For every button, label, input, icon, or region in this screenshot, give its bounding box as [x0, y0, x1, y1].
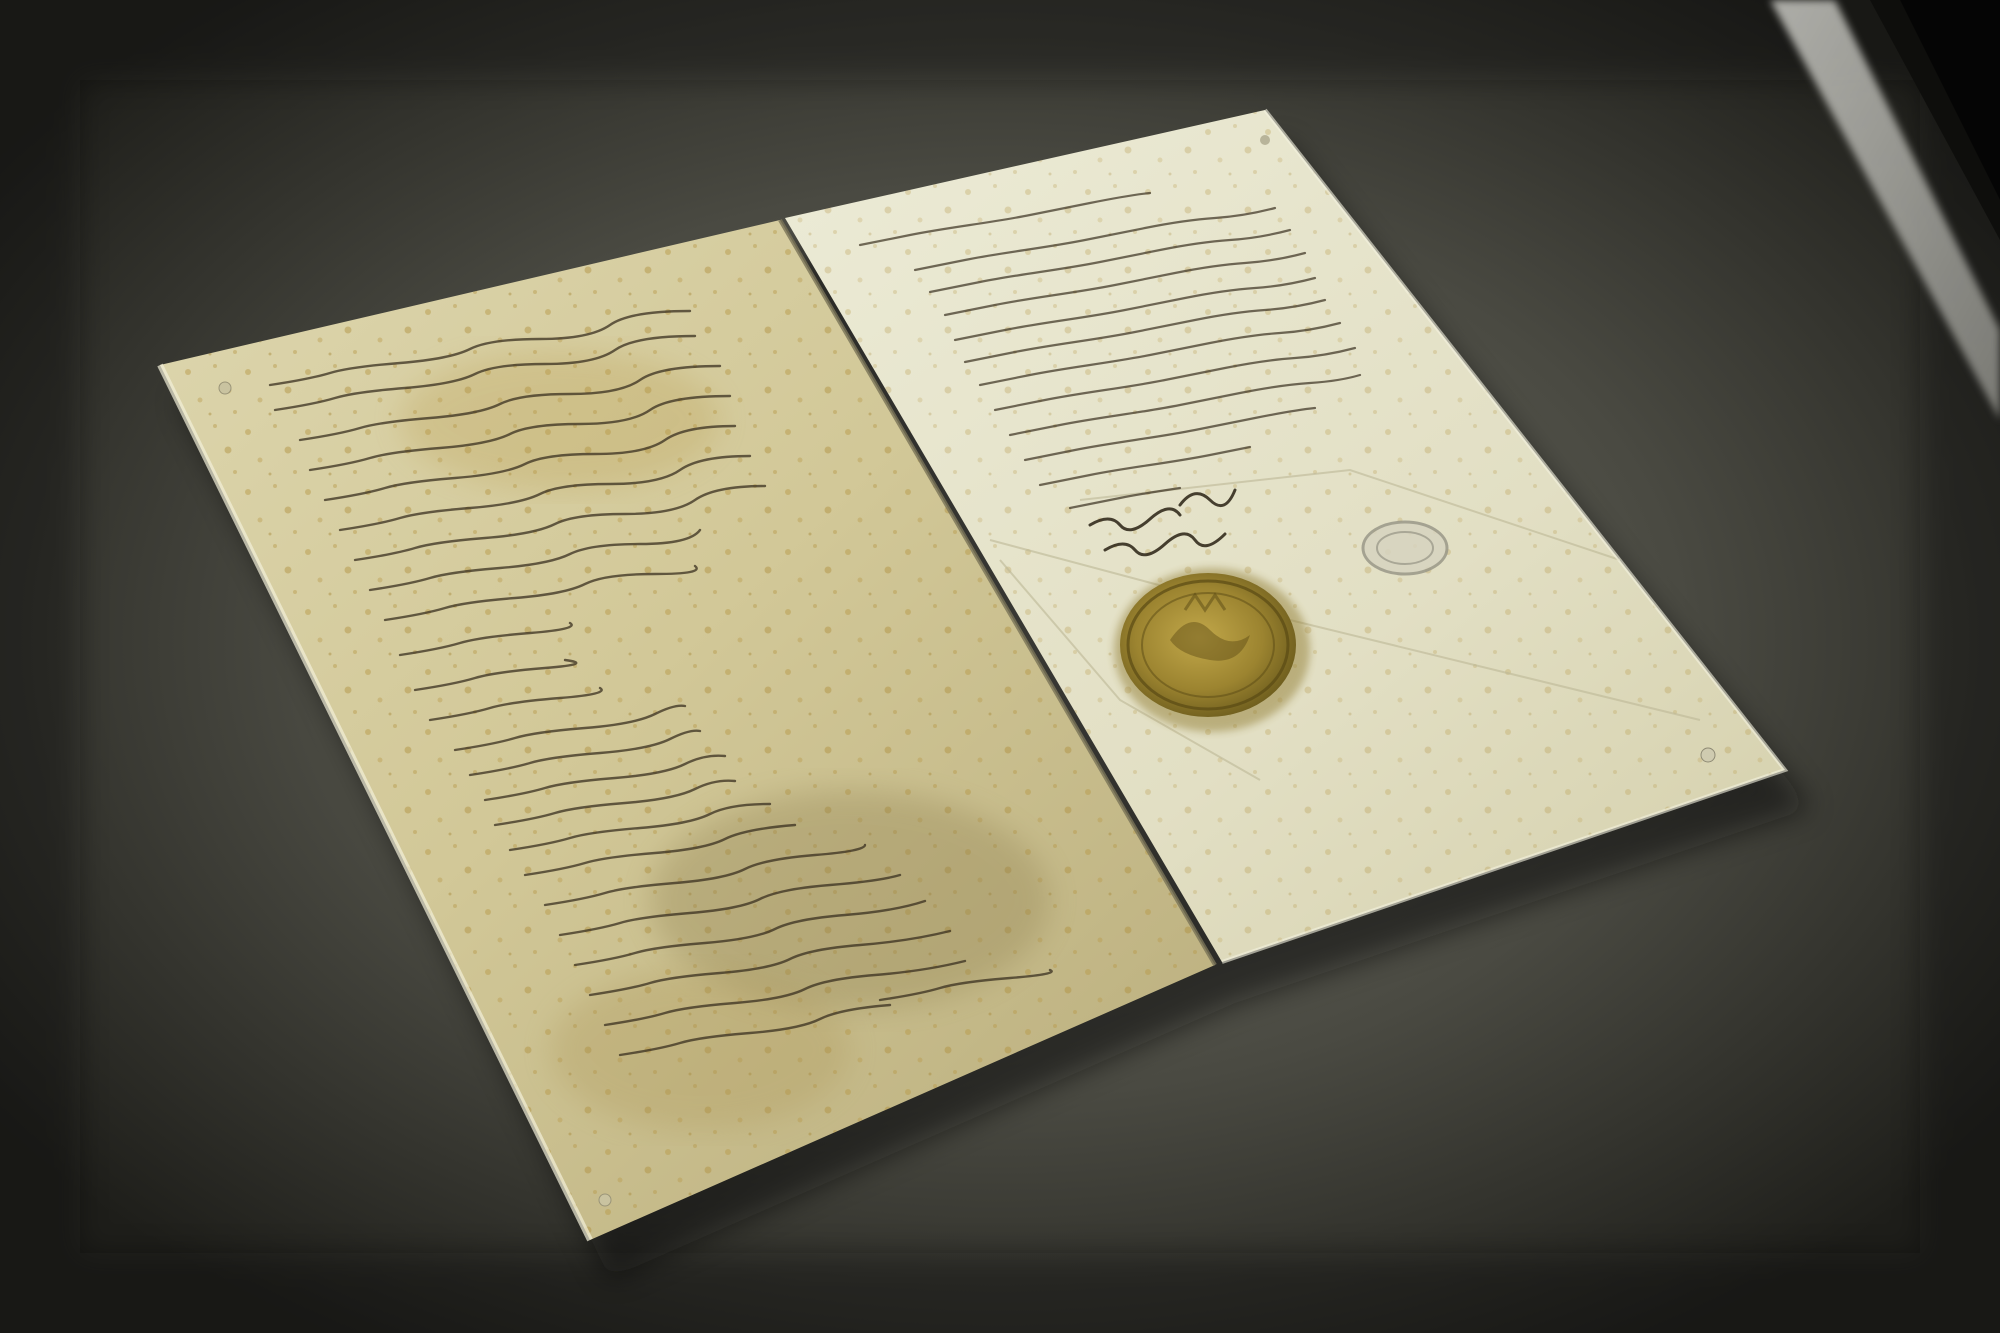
wax-seal — [1114, 568, 1310, 732]
manuscript-photo — [0, 0, 2000, 1333]
photo-scene: Open antique handwritten manuscript with… — [0, 0, 2000, 1333]
faded-stamp — [1363, 522, 1447, 574]
